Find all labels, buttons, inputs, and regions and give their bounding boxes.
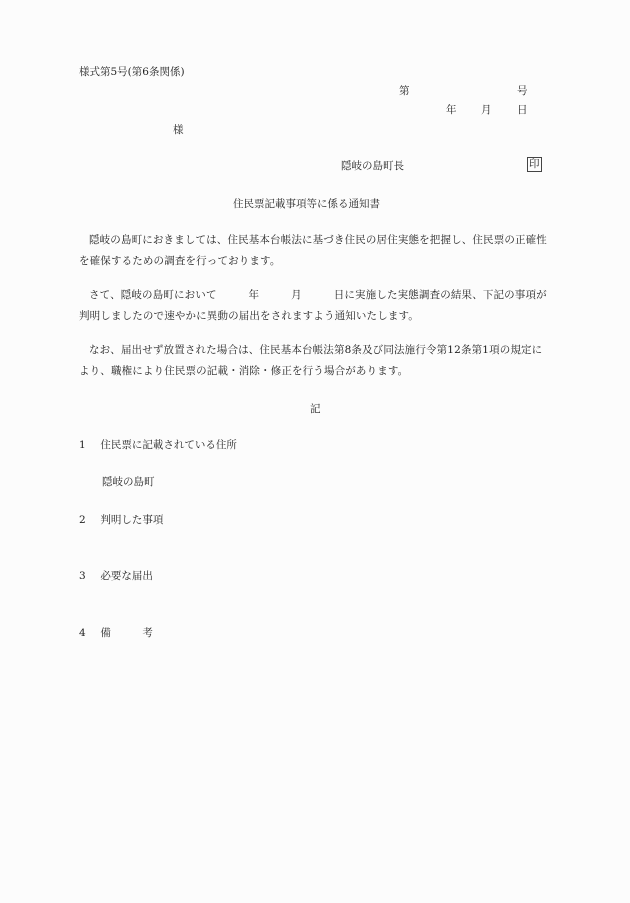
- paragraph-result: さて、隠岐の島町において 年 月 日に実施した実態調査の結果、下記の事項が判明し…: [79, 285, 549, 327]
- form-label: 様式第5号(第6条関係): [79, 64, 185, 79]
- date-month: 月: [481, 102, 492, 117]
- seal-icon: 印: [527, 157, 542, 172]
- item-2: 2 判明した事項: [79, 512, 163, 527]
- date-year: 年: [446, 102, 457, 117]
- item-number: 1: [79, 439, 86, 451]
- item-1: 1 住民票に記載されている住所: [79, 437, 237, 452]
- item-3: 3 必要な届出: [79, 568, 153, 583]
- paragraph-notice: なお、届出せず放置された場合は、住民基本台帳法第8条及び同法施行令第12条第1項…: [79, 340, 549, 382]
- paragraph-intro: 隠岐の島町におきましては、住民基本台帳法に基づき住民の居住実態を把握し、住民票の…: [79, 230, 549, 272]
- item-number: 4: [79, 627, 86, 639]
- document-title: 住民票記載事項等に係る通知書: [233, 196, 380, 211]
- item-number: 3: [79, 570, 86, 582]
- item-label: 判明した事項: [100, 514, 163, 526]
- item-number: 2: [79, 514, 86, 526]
- item-label: 住民票に記載されている住所: [100, 439, 237, 451]
- item-label: 必要な届出: [100, 570, 153, 582]
- item-4: 4 備 考: [79, 625, 153, 640]
- date-day: 日: [517, 102, 528, 117]
- sender-name: 隠岐の島町長: [341, 158, 404, 173]
- reference-number-suffix: 号: [517, 83, 528, 98]
- recipient-honorific: 様: [173, 122, 184, 137]
- item-1-value: 隠岐の島町: [102, 474, 155, 489]
- reference-number-prefix: 第: [399, 83, 410, 98]
- seal-mark: 印: [527, 157, 542, 172]
- ki-heading: 記: [310, 401, 321, 416]
- item-label: 備 考: [100, 627, 153, 639]
